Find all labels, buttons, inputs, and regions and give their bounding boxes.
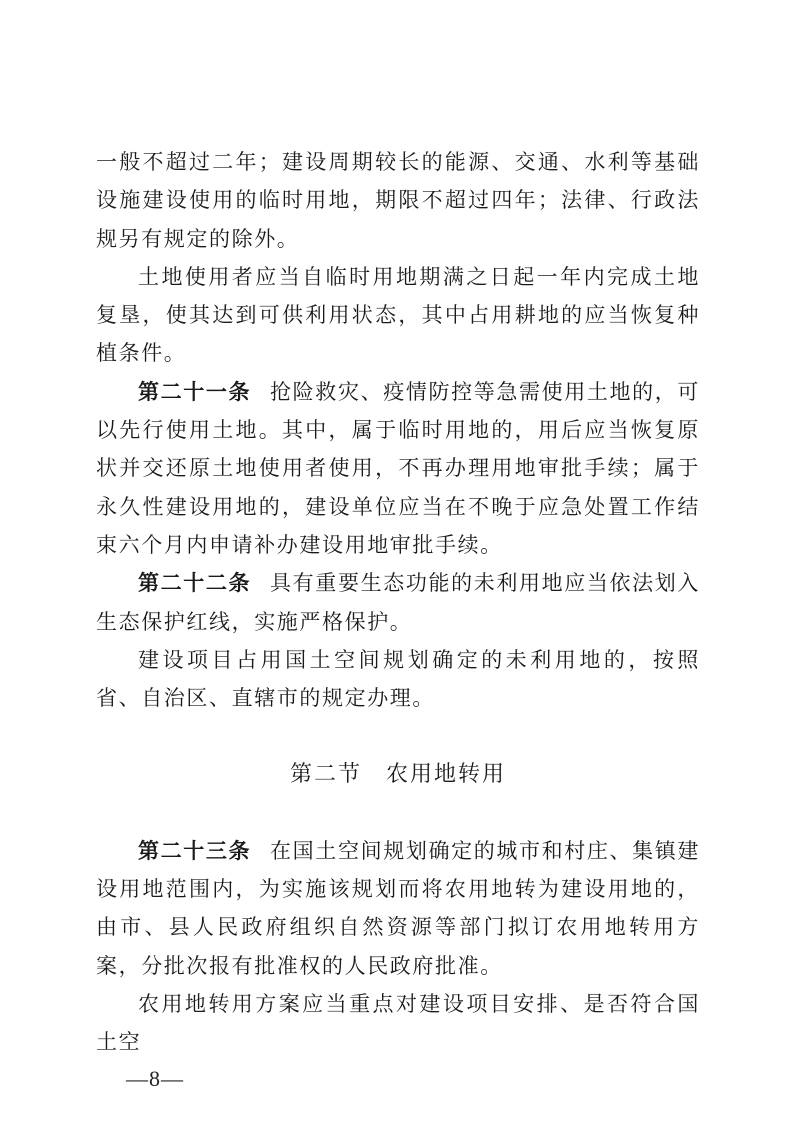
paragraph: 建设项目占用国土空间规划确定的未利用地的，按照省、自治区、直辖市的规定办理。 (96, 641, 700, 718)
paragraph-text: 抢险救灾、疫情防控等急需使用土地的，可以先行使用土地。其中，属于临时用地的，用后… (96, 380, 700, 557)
paragraph-text: 土地使用者应当自临时用地期满之日起一年内完成土地复垦，使其达到可供利用状态，其中… (96, 265, 700, 366)
document-body: 一般不超过二年；建设周期较长的能源、交通、水利等基础设施建设使用的临时用地，期限… (96, 143, 700, 1062)
paragraph-text: 建设项目占用国土空间规划确定的未利用地的，按照省、自治区、直辖市的规定办理。 (96, 648, 700, 710)
paragraph: 土地使用者应当自临时用地期满之日起一年内完成土地复垦，使其达到可供利用状态，其中… (96, 258, 700, 373)
document-page: 一般不超过二年；建设周期较长的能源、交通、水利等基础设施建设使用的临时用地，期限… (0, 0, 793, 1122)
page-number: —8— (126, 1066, 184, 1092)
paragraph-text: 农用地转用方案应当重点对建设项目安排、是否符合国土空 (96, 992, 700, 1054)
paragraph-cutoff: 农用地转用方案应当重点对建设项目安排、是否符合国土空 (96, 985, 700, 1062)
paragraph-text: 一般不超过二年；建设周期较长的能源、交通、水利等基础设施建设使用的临时用地，期限… (96, 150, 700, 251)
paragraph-article-21: 第二十一条抢险救灾、疫情防控等急需使用土地的，可以先行使用土地。其中，属于临时用… (96, 373, 700, 564)
paragraph-continuation: 一般不超过二年；建设周期较长的能源、交通、水利等基础设施建设使用的临时用地，期限… (96, 143, 700, 258)
paragraph-article-23: 第二十三条在国土空间规划确定的城市和村庄、集镇建设用地范围内，为实施该规划而将农… (96, 832, 700, 985)
article-number: 第二十一条 (138, 380, 251, 404)
section-heading: 第二节 农用地转用 (96, 755, 700, 793)
article-number: 第二十三条 (138, 839, 251, 863)
paragraph-article-22: 第二十二条具有重要生态功能的未利用地应当依法划入生态保护红线，实施严格保护。 (96, 564, 700, 641)
article-number: 第二十二条 (138, 571, 251, 595)
